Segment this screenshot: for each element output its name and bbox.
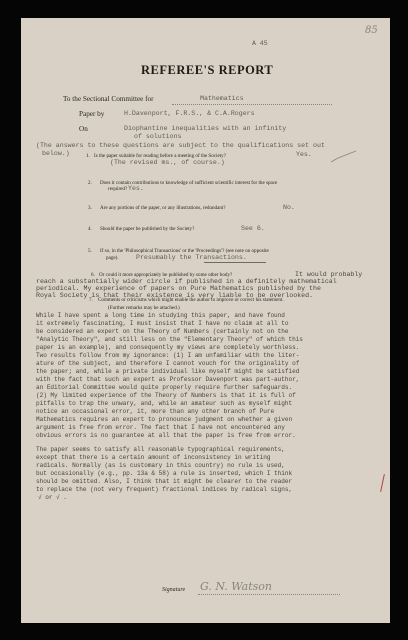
committee-label: To the Sectional Committee for [63,95,154,103]
remarks-line: (2) My limited experience of the Theory … [36,392,296,399]
remarks-line: be considered an expert on the Theory of… [36,328,288,335]
question-5-number: 5. [88,248,92,254]
committee-rule [172,104,332,105]
remarks-line: pitfalls to trap the unwary, and, while … [36,400,292,407]
question-2-number: 2. [88,180,92,186]
question-3-text: Are any portions of the paper, or any il… [100,205,226,211]
question-4-number: 4. [88,226,92,232]
title-value-line2: of solutions [134,133,181,140]
remarks-line: an Editorial Committee would quite prope… [36,384,292,391]
question-4-text: Should the paper be published by the Soc… [100,226,194,232]
remarks-line: with the fact that such an expert as Pro… [36,376,299,383]
question-5-text-line2: page). [106,255,119,261]
signature-label: Signature [162,587,185,593]
question-7-text: Comments or criticisms which might enabl… [98,297,284,303]
question-1-number: 1. [86,153,90,159]
question-3-number: 3. [88,205,92,211]
question-2-text-line2: required? [108,186,127,192]
remarks-line: ature of the subject, and therefore I ca… [36,360,299,367]
page-title: REFEREE'S REPORT [141,63,273,78]
question-5-answer: Presumably the Transactions. [136,254,247,261]
remarks-line: Two results follow from my ignorance: (1… [36,352,299,359]
committee-value: Mathematics [200,95,244,102]
paper-by-value: H.Davenport, F.R.S., & C.A.Rogers [124,110,255,117]
checkmark-icon [330,150,358,164]
remarks-line: it extremely fascinating, I must insist … [36,320,288,327]
remarks-line: obvious errors is no guarantee at all th… [36,432,296,439]
remarks-line: should be omitted. Also, I think that it… [36,478,292,485]
remarks-line: The paper seems to satisfy all reasonabl… [36,446,285,453]
question-7-subtext: (Further remarks may be attached.) [108,305,180,311]
question-3-answer: No. [283,204,295,211]
question-6-answer-line2: reach a substantially wider circle if pu… [36,278,337,285]
remarks-line: to replace the (not very frequent) fract… [36,486,292,493]
remarks-line: radicals. Normally (as is customary in t… [36,462,285,469]
question-4-answer: See 6. [241,225,265,232]
remarks-line: notice an occasional error, it, more tha… [36,408,274,415]
question-6-answer-line1: It would probably [295,271,362,278]
question-2-answer: Yes. [128,185,144,192]
remarks-line: √ or √ . [38,494,67,501]
remarks-line: Mathematics requires an expert to pronou… [36,416,292,423]
title-value-line1: Diophantine inequalities with an infinit… [124,125,286,132]
question-1-answer: Yes. [296,151,312,158]
preamble-line1: (The answers to these questions are subj… [36,142,325,149]
preamble-line2: below.) [42,150,70,157]
question-1-note: (The revised ms., of course.) [110,159,225,166]
on-label: On [79,125,88,133]
remarks-line: but occasionally (e.g., pp. 13a & 58) a … [36,470,292,477]
remarks-line: except that there is a certain amount of… [36,454,270,461]
signature-rule [198,594,340,595]
question-6-answer-line3: periodical. My experience of papers on P… [36,285,321,292]
folio-number: 85 [365,25,378,36]
reference-number: A 45 [252,40,268,47]
remarks-line: "Analytic Theory", and still less on the… [36,336,303,343]
transactions-underline [204,262,266,263]
signature-value: G. N. Watson [200,580,272,593]
remarks-line: argument is free from error. The fact th… [36,424,285,431]
question-7-number: 7. [89,297,93,303]
remarks-line: While I have spent a long time in studyi… [36,312,285,319]
remarks-line: the paper; and, while a private individu… [36,368,299,375]
remarks-line: paper is an example), and consequently m… [36,344,299,351]
paper-by-label: Paper by [79,110,104,118]
